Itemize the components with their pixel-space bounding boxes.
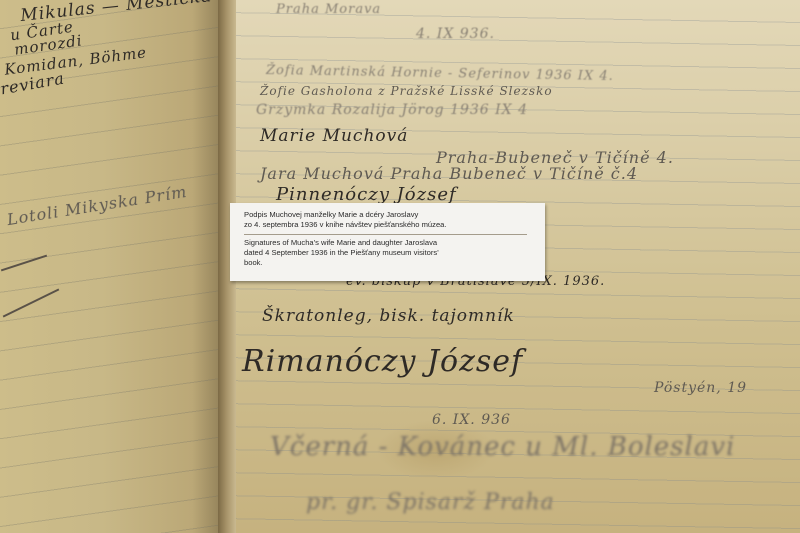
handwriting-line: pr. gr. Spisarž Praha <box>306 490 555 515</box>
label-divider <box>244 234 527 235</box>
book-photo: Mikulas — Mesticka u Čarte morozdi Komid… <box>0 0 800 533</box>
label-slovak-line: zo 4. septembra 1936 v knihe návštev pie… <box>244 220 535 230</box>
handwriting-line: Praha Morava <box>276 2 381 17</box>
label-english-line: dated 4 September 1936 in the Piešťany m… <box>244 248 535 258</box>
signature-marie-muchova: Marie Muchová <box>260 126 408 146</box>
handwriting-line: Včerná - Kovánec u Ml. Boleslavi <box>270 432 735 462</box>
handwriting-line: Pinnenóczy József <box>276 184 457 205</box>
handwriting-line: Žofie Gasholona z Pražské Lisské Slezsko <box>260 84 553 98</box>
signature-jara-muchova: Jara Muchová Praha Bubeneč v Tičíně č.4 <box>260 164 638 183</box>
handwriting-line: 4. IX 936. <box>416 26 495 42</box>
handwriting-line: 6. IX. 936 <box>432 412 511 428</box>
handwriting-line: Škratonleg, bisk. tajomník <box>262 306 515 326</box>
museum-label-card: Podpis Muchovej manželky Marie a dcéry J… <box>230 203 545 281</box>
label-slovak-line: Podpis Muchovej manželky Marie a dcéry J… <box>244 210 535 220</box>
label-english-line: Signatures of Mucha's wife Marie and dau… <box>244 238 535 248</box>
signature-rimanoczy: Rimanóczy József <box>242 344 523 379</box>
label-english-line: book. <box>244 258 535 268</box>
handwriting-line: Grzymka Rozalija Jörog 1936 IX 4 <box>256 102 528 118</box>
left-page: Mikulas — Mesticka u Čarte morozdi Komid… <box>0 0 226 533</box>
handwriting-line: Pöstyén, 19 <box>654 380 747 396</box>
